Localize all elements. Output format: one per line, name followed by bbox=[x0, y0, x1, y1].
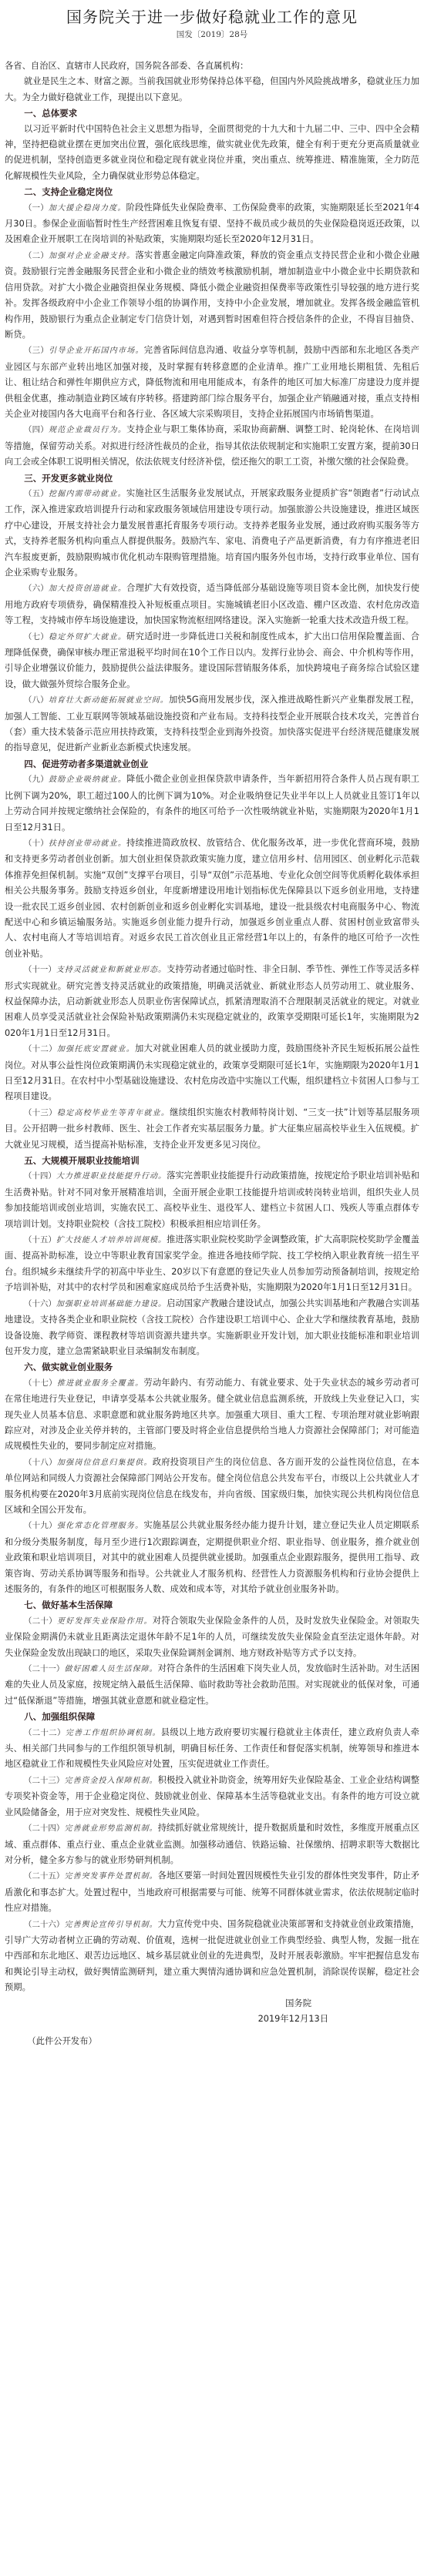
item-number: （二十四） bbox=[24, 1824, 65, 1833]
item-title: 鼓励企业吸纳就业。 bbox=[49, 775, 126, 784]
policy-item: （十）扶持创业带动就业。持续推进简政放权、放管结合、优化服务改革，进一步优化营商… bbox=[5, 836, 419, 962]
item-title: 引导企业开拓国内市场。 bbox=[49, 347, 144, 355]
item-number: （九） bbox=[24, 775, 49, 784]
item-number: （十七） bbox=[24, 1378, 57, 1388]
item-title: 加强岗位信息归集提供。 bbox=[57, 1459, 153, 1467]
item-title: 培育壮大新动能拓展就业空间。 bbox=[49, 696, 169, 705]
policy-item: （五）挖掘内需带动就业。实施社区生活服务业发展试点，开展家政服务业提质扩容“领跑… bbox=[5, 486, 419, 581]
item-body: 完善省际间信息沟通、收益分享等机制，鼓励中西部和东北地区各类产业园区与东部产业转… bbox=[5, 345, 419, 419]
item-body: 实施基层公共就业服务经办能力提升计划，建立登记失业人员定期联系和分级分类服务制度… bbox=[5, 1520, 419, 1594]
item-title: 完善就业形势监测机制。 bbox=[64, 1824, 157, 1833]
policy-item: （十二）加强托底安置就业。加大对就业困难人员的就业援助力度，鼓励围绕补齐民生短板… bbox=[5, 1041, 419, 1105]
item-title: 加强职业培训基础能力建设。 bbox=[56, 1300, 167, 1308]
policy-item: （二十）更好发挥失业保险作用。对符合领取失业保险金条件的人员，及时发放失业保险金… bbox=[5, 1613, 419, 1661]
item-title: 强化常态化管理服务。 bbox=[57, 1522, 143, 1530]
item-number: （三） bbox=[24, 346, 49, 355]
item-title: 稳定外贸扩大就业。 bbox=[49, 633, 126, 641]
item-title: 做好困难人员生活保障。 bbox=[64, 1665, 157, 1673]
item-number: （二） bbox=[24, 251, 49, 260]
item-title: 加大投资创造就业。 bbox=[49, 585, 126, 593]
intro-paragraph: 就业是民生之本、财富之源。当前我国就业形势保持总体平稳，但国内外风险挑战增多，稳… bbox=[5, 74, 419, 106]
section-heading: 六、做实就业创业服务 bbox=[5, 1359, 419, 1375]
policy-item: （二）加强对企业金融支持。落实普惠金融定向降准政策，释放的资金重点支持民营企业和… bbox=[5, 248, 419, 343]
item-title: 完善舆论宣传引导机制。 bbox=[64, 1921, 157, 1929]
addressee: 各省、自治区、直辖市人民政府，国务院各部委、各直属机构： bbox=[5, 59, 419, 74]
section-heading: 七、做好基本生活保障 bbox=[5, 1597, 419, 1613]
policy-item: （二十四）完善就业形势监测机制。持续抓好就业常规统计，提升数据质量和时效性，多维… bbox=[5, 1821, 419, 1868]
policy-item: （十六）加强职业培训基础能力建设。启动国家产教融合建设试点，加强公共实训基地和产… bbox=[5, 1296, 419, 1360]
issue-date: 2019年12月13日 bbox=[5, 2012, 419, 2027]
item-body: 实施社区生活服务业发展试点，开展家政服务业提质扩容“领跑者”行动试点工作，深入推… bbox=[5, 488, 419, 578]
item-number: （十六） bbox=[24, 1299, 56, 1308]
policy-item: （七）稳定外贸扩大就业。研究适时进一步降低进口关税和制度性成本，扩大出口信用保险… bbox=[5, 629, 419, 693]
policy-item: （二十三）完善资金投入保障机制。积极投入就业补助资金，统筹用好失业保险基金、工业… bbox=[5, 1773, 419, 1821]
policy-item: （十七）推进就业服务全覆盖。劳动年龄内、有劳动能力、有就业要求、处于失业状态的城… bbox=[5, 1375, 419, 1455]
item-number: （二十六） bbox=[24, 1920, 65, 1929]
section-heading: 四、促进劳动者多渠道就业创业 bbox=[5, 756, 419, 772]
item-number: （七） bbox=[24, 632, 49, 641]
item-number: （二十一） bbox=[24, 1664, 65, 1673]
item-number: （四） bbox=[24, 425, 49, 434]
policy-item: （十五）扩大技能人才培养培训规模。推进落实职业院校奖助学金调整政策，扩大高职院校… bbox=[5, 1232, 419, 1296]
item-number: （十五） bbox=[24, 1235, 56, 1244]
item-number: （十四） bbox=[24, 1171, 56, 1181]
item-title: 支持灵活就业和新就业形态。 bbox=[56, 966, 167, 974]
policy-item: （八）培育壮大新动能拓展就业空间。加快5G商用发展步伐，深入推进战略性新兴产业集… bbox=[5, 692, 419, 756]
section-paragraph: 以习近平新时代中国特色社会主义思想为指导，全面贯彻党的十九大和十九届二中、三中、… bbox=[5, 122, 419, 185]
item-body: 落实普惠金融定向降准政策，释放的资金重点支持民营企业和小微企业融资。鼓励银行完善… bbox=[5, 250, 419, 340]
item-number: （八） bbox=[24, 695, 49, 705]
item-number: （十二） bbox=[24, 1044, 57, 1054]
policy-item: （二十一）做好困难人员生活保障。对符合条件的生活困难下岗失业人员，发放临时生活补… bbox=[5, 1661, 419, 1709]
item-body: 劳动年龄内、有劳动能力、有就业要求、处于失业状态的城乡劳动者可在常住地进行失业登… bbox=[5, 1378, 419, 1452]
policy-item: （二十六）完善舆论宣传引导机制。大力宣传党中央、国务院稳就业决策部署和支持就业创… bbox=[5, 1917, 419, 1996]
document: 国务院关于进一步做好稳就业工作的意见 国发〔2019〕28号 各省、自治区、直辖… bbox=[0, 0, 424, 2058]
item-body: 大力宣传党中央、国务院稳就业决策部署和支持就业创业政策措施，引导广大劳动者树立正… bbox=[5, 1919, 419, 1993]
section-heading: 三、开发更多就业岗位 bbox=[5, 471, 419, 486]
item-title: 稳定高校毕业生等青年就业。 bbox=[57, 1109, 170, 1117]
item-title: 扶持创业带动就业。 bbox=[49, 839, 126, 848]
item-title: 完善资金投入保障机制。 bbox=[64, 1777, 157, 1785]
policy-item: （三）引导企业开拓国内市场。完善省际间信息沟通、收益分享等机制，鼓励中西部和东北… bbox=[5, 343, 419, 422]
policy-item: （十一）支持灵活就业和新就业形态。支持劳动者通过临时性、非全日制、季节性、弹性工… bbox=[5, 962, 419, 1041]
item-number: （五） bbox=[24, 489, 49, 498]
item-number: （二十二） bbox=[24, 1728, 66, 1737]
policy-item: （二十二）完善工作组织协调机制。县级以上地方政府要切实履行稳就业主体责任，建立政… bbox=[5, 1725, 419, 1773]
policy-item: （一）加大援企稳岗力度。阶段性降低失业保险费率、工伤保险费率的政策，实施期限延长… bbox=[5, 200, 419, 248]
sections: 一、总体要求以习近平新时代中国特色社会主义思想为指导，全面贯彻党的十九大和十九届… bbox=[5, 106, 419, 1995]
section-heading: 一、总体要求 bbox=[5, 106, 419, 121]
item-title: 加大援企稳岗力度。 bbox=[49, 204, 126, 213]
item-number: （十九） bbox=[24, 1521, 57, 1530]
item-title: 推进就业服务全覆盖。 bbox=[57, 1379, 143, 1388]
item-title: 更好发挥失业保险作用。 bbox=[57, 1617, 153, 1626]
section-heading: 五、大规模开展职业技能培训 bbox=[5, 1153, 419, 1168]
item-title: 加强托底安置就业。 bbox=[57, 1045, 135, 1054]
policy-item: （四）规范企业裁员行为。支持企业与职工集体协商，采取协商薪酬、调整工时、轮岗轮休… bbox=[5, 422, 419, 470]
item-number: （二十） bbox=[24, 1616, 57, 1626]
item-number: （十八） bbox=[24, 1458, 57, 1467]
section-heading: 八、加强组织保障 bbox=[5, 1709, 419, 1724]
item-number: （六） bbox=[24, 584, 49, 593]
policy-item: （二十五）完善突发事件处置机制。各地区要第一时间处置因规模性失业引发的群体性突发… bbox=[5, 1868, 419, 1916]
policy-item: （十三）稳定高校毕业生等青年就业。继续组织实施农村教师特岗计划、“三支一扶”计划… bbox=[5, 1105, 419, 1153]
item-number: （二十三） bbox=[24, 1776, 65, 1785]
item-title: 挖掘内需带动就业。 bbox=[49, 490, 126, 498]
item-title: 完善突发事件处置机制。 bbox=[64, 1872, 157, 1881]
item-title: 完善工作组织协调机制。 bbox=[66, 1729, 161, 1737]
item-title: 扩大技能人才培养培训规模。 bbox=[56, 1236, 167, 1244]
item-number: （十一） bbox=[24, 965, 56, 974]
item-number: （十） bbox=[24, 839, 49, 848]
item-number: （一） bbox=[24, 203, 49, 213]
policy-item: （十九）强化常态化管理服务。实施基层公共就业服务经办能力提升计划，建立登记失业人… bbox=[5, 1518, 419, 1597]
section-heading: 二、支持企业稳定岗位 bbox=[5, 184, 419, 199]
issuer: 国务院 bbox=[5, 1996, 419, 2012]
policy-item: （六）加大投资创造就业。合理扩大有效投资，适当降低部分基础设施等项目资本金比例，… bbox=[5, 581, 419, 628]
policy-item: （十八）加强岗位信息归集提供。政府投资项目产生的岗位信息、各方面开发的公益性岗位… bbox=[5, 1455, 419, 1519]
document-title: 国务院关于进一步做好稳就业工作的意见 bbox=[5, 6, 419, 28]
item-number: （十三） bbox=[24, 1108, 57, 1117]
document-number: 国发〔2019〕28号 bbox=[5, 28, 419, 42]
item-title: 规范企业裁员行为。 bbox=[49, 426, 126, 434]
item-title: 加强对企业金融支持。 bbox=[49, 252, 135, 260]
item-number: （二十五） bbox=[24, 1871, 65, 1881]
policy-item: （十四）大力推进职业技能提升行动。落实完善职业技能提升行动政策措施，按规定给予职… bbox=[5, 1168, 419, 1232]
publication-note: （此件公开发布） bbox=[5, 2033, 419, 2050]
policy-item: （九）鼓励企业吸纳就业。降低小微企业创业担保贷款申请条件，当年新招用符合条件人员… bbox=[5, 772, 419, 836]
item-body: 支持劳动者通过临时性、非全日制、季节性、弹性工作等灵活多样形式实现就业。研究完善… bbox=[5, 964, 419, 1038]
item-title: 大力推进职业技能提升行动。 bbox=[56, 1172, 167, 1181]
item-body: 持续推进简政放权、放管结合、优化服务改革，进一步优化营商环境，鼓励和支持更多劳动… bbox=[5, 838, 419, 959]
